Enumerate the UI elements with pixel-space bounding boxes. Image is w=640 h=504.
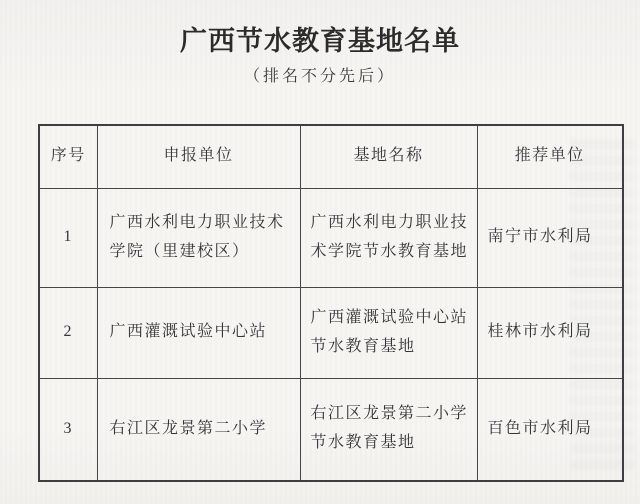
- header-recommender: 推荐单位: [477, 125, 623, 188]
- cell-base-name: 广西灌溉试验中心站节水教育基地: [300, 287, 477, 378]
- cell-recommender: 南宁市水利局: [477, 188, 623, 287]
- table-row: 3 右江区龙景第二小学 右江区龙景第二小学节水教育基地 百色市水利局: [39, 378, 623, 481]
- cell-applicant: 广西灌溉试验中心站: [97, 287, 300, 378]
- document-title: 广西节水教育基地名单: [0, 19, 640, 58]
- cell-base-name: 右江区龙景第二小学节水教育基地: [300, 378, 477, 481]
- document-page: 广西节水教育基地名单 （排名不分先后） 序号 申报单位 基地名称 推荐单位 1 …: [0, 0, 640, 504]
- header-serial: 序号: [39, 125, 97, 188]
- cell-recommender: 百色市水利局: [477, 378, 623, 481]
- cell-applicant: 右江区龙景第二小学: [97, 378, 300, 481]
- header-applicant: 申报单位: [97, 125, 300, 188]
- table-header-row: 序号 申报单位 基地名称 推荐单位: [39, 125, 623, 188]
- table-row: 2 广西灌溉试验中心站 广西灌溉试验中心站节水教育基地 桂林市水利局: [39, 287, 623, 378]
- cell-serial: 3: [39, 378, 97, 481]
- document-subtitle: （排名不分先后）: [0, 63, 640, 86]
- cell-recommender: 桂林市水利局: [477, 287, 623, 378]
- cell-serial: 2: [39, 287, 97, 378]
- table-row: 1 广西水利电力职业技术学院（里建校区） 广西水利电力职业技术学院节水教育基地 …: [39, 188, 623, 287]
- cell-base-name: 广西水利电力职业技术学院节水教育基地: [300, 188, 477, 287]
- cell-serial: 1: [39, 188, 97, 287]
- header-base-name: 基地名称: [300, 125, 477, 188]
- cell-applicant: 广西水利电力职业技术学院（里建校区）: [97, 188, 300, 287]
- base-list-table: 序号 申报单位 基地名称 推荐单位 1 广西水利电力职业技术学院（里建校区） 广…: [38, 124, 624, 482]
